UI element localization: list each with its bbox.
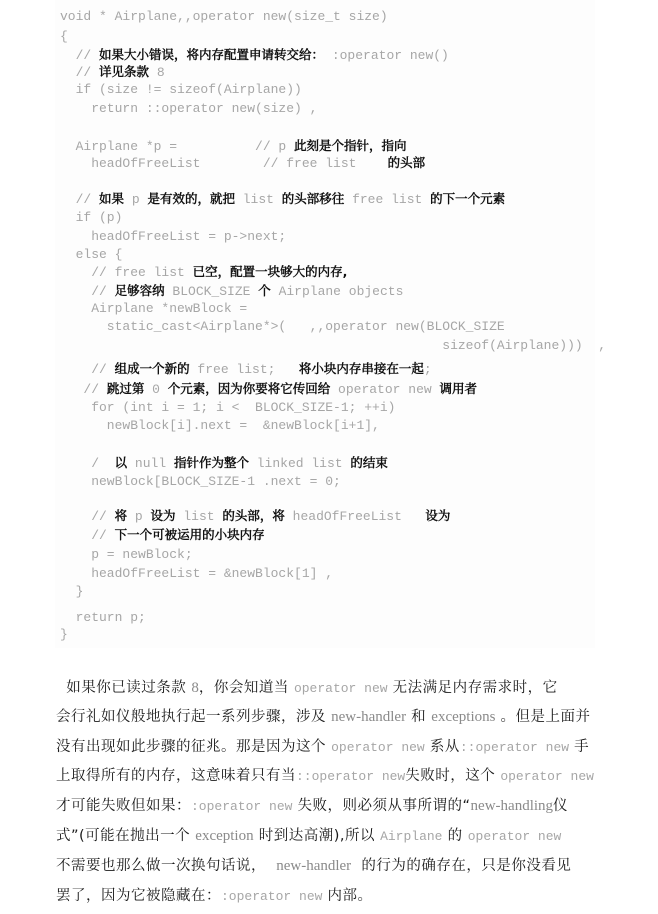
paragraph-line: 上取得所有的内存，这意味着只有当::operator new失败时，这个 ope…: [56, 766, 594, 786]
paragraph-text: 不需要也那么做一次换句话说，: [56, 858, 276, 874]
paragraph-text: 如果你已读过条款: [56, 680, 191, 696]
code-comment-text: 详见条款: [99, 64, 149, 79]
code-line: return p;: [60, 609, 146, 627]
code-text: 0: [144, 382, 167, 397]
code-text: /: [60, 456, 115, 471]
code-text: {: [60, 29, 68, 44]
code-line: // 组成一个新的 free list; 将小块内存串接在一起;: [60, 360, 432, 378]
code-comment-text: 的头部，将: [222, 508, 285, 523]
paragraph-text: 手: [569, 739, 589, 755]
code-comment-text: 将小块内存串接在一起: [299, 361, 424, 376]
paragraph-text: ，你会知道当: [199, 680, 294, 696]
code-line: if (p): [60, 209, 122, 227]
code-comment-text: 是有效的，就把: [147, 191, 235, 206]
code-text: BLOCK_SIZE: [165, 284, 259, 299]
code-comment-text: 设为: [425, 508, 450, 523]
code-line: // 下一个可被运用的小块内存: [60, 526, 265, 544]
code-text: if (size != sizeof(Airplane)): [60, 82, 302, 97]
code-line: // 跳过第 0 个元素，因为你要将它传回给 operator new 调用者: [60, 380, 477, 398]
code-line: // 将 p 设为 list 的头部，将 headOfFreeList 设为: [60, 507, 450, 525]
code-line: / 以 null 指针作为整个 linked list 的结束: [60, 454, 388, 472]
code-line: sizeof(Airplane))) ,: [60, 337, 606, 355]
code-comment-text: 的结束: [350, 455, 388, 470]
inline-code-term: exceptions: [431, 709, 495, 725]
code-comment-text: 将: [115, 508, 128, 523]
code-comment-text: 如果: [99, 191, 124, 206]
code-text: null: [127, 456, 174, 471]
code-line: for (int i = 1; i < BLOCK_SIZE-1; ++i): [60, 399, 395, 417]
inline-code-term: Airplane: [380, 829, 442, 844]
code-line: headOfFreeList = &newBlock[1] ,: [60, 565, 333, 583]
code-line: Airplane *p = // p 此刻是个指针，指向: [60, 137, 407, 155]
code-line: Airplane *newBlock =: [60, 300, 247, 318]
inline-code-term: :operator new: [221, 889, 322, 904]
code-text: headOfFreeList: [285, 509, 425, 524]
code-line: {: [60, 28, 68, 46]
code-comment-text: 的下一个元素: [430, 191, 505, 206]
code-comment-text: 足够容纳: [115, 283, 165, 298]
paragraph-line: 罢了，因为它被隐藏在：:operator new 内部。: [56, 886, 373, 906]
code-text: void * Airplane,,operator new(size_t siz…: [60, 9, 388, 24]
code-comment-text: 设为: [151, 508, 176, 523]
inline-code-term: ::operator new: [296, 769, 405, 784]
code-line: // 如果 p 是有效的，就把 list 的头部移往 free list 的下一…: [60, 190, 505, 208]
code-text: Airplane *p = // p: [60, 139, 294, 154]
code-text: //: [60, 362, 115, 377]
code-text: :operator new(): [324, 48, 449, 63]
code-line: newBlock[BLOCK_SIZE-1 .next = 0;: [60, 473, 341, 491]
paragraph-line: 不需要也那么做一次换句话说， new-handler 的行为的确存在，只是你没看…: [56, 856, 571, 876]
code-line: // 足够容纳 BLOCK_SIZE 个 Airplane objects: [60, 282, 403, 300]
code-line: static_cast<Airplane*>( ,,operator new(B…: [60, 318, 505, 336]
code-comment-text: 以: [115, 455, 128, 470]
code-text: // free list: [60, 265, 193, 280]
code-comment-text: 下一个可被运用的小块内存: [115, 527, 265, 542]
paragraph-line: 没有出现如此步骤的征兆。那是因为这个 operator new 系从::oper…: [56, 737, 589, 757]
code-line: // free list 已空，配置一块够大的内存,: [60, 263, 347, 281]
code-line: else {: [60, 246, 122, 264]
paragraph-line: 如果你已读过条款 8，你会知道当 operator new 无法满足内存需求时，…: [56, 678, 558, 698]
code-text: list: [235, 192, 282, 207]
code-line: headOfFreeList = p->next;: [60, 228, 286, 246]
code-text: //: [60, 48, 99, 63]
code-comment-text: 如果大小错误，将内存配置申请转交给：: [99, 47, 324, 62]
code-text: ;: [424, 362, 432, 377]
paragraph-text: 的行为的确存在，只是你没看见: [351, 858, 571, 874]
code-text: return p;: [60, 610, 146, 625]
paragraph-text: 才可能失败但如果：: [56, 798, 191, 814]
code-comment-text: 跳过第: [107, 381, 145, 396]
code-text: headOfFreeList = &newBlock[1] ,: [60, 566, 333, 581]
code-text: p: [124, 192, 147, 207]
code-text: }: [60, 627, 68, 642]
paragraph-text: 没有出现如此步骤的征兆。那是因为这个: [56, 739, 331, 755]
code-line: newBlock[i].next = &newBlock[i+1],: [60, 417, 380, 435]
code-text: return ::operator new(size) ,: [60, 101, 317, 116]
code-text: //: [60, 65, 99, 80]
code-comment-text: 调用者: [439, 381, 477, 396]
paragraph-text: 罢了，因为它被隐藏在：: [56, 888, 221, 904]
code-text: else {: [60, 247, 122, 262]
code-text: Airplane objects: [271, 284, 404, 299]
code-line: // 如果大小错误，将内存配置申请转交给： :operator new(): [60, 46, 449, 64]
paragraph-text: 系从: [425, 739, 460, 755]
code-text: newBlock[i].next = &newBlock[i+1],: [60, 418, 380, 433]
code-comment-text: 的头部移往: [282, 191, 345, 206]
code-text: headOfFreeList // free list: [60, 156, 388, 171]
inline-code-term: :operator new: [191, 799, 292, 814]
code-line: // 详见条款 8: [60, 63, 165, 81]
code-text: free list: [344, 192, 430, 207]
code-comment-text: 此刻是个指针，指向: [294, 138, 407, 153]
code-comment-text: 的头部: [388, 155, 426, 170]
paragraph-text: 时到达高潮),所以: [254, 828, 380, 844]
code-text: linked list: [249, 456, 350, 471]
paragraph-text: 内部。: [322, 888, 372, 904]
inline-code-term: 8: [191, 680, 199, 696]
inline-code-term: operator new: [331, 740, 425, 755]
paragraph-text: 。但是上面并: [495, 709, 590, 725]
inline-code-term: operator new: [468, 829, 562, 844]
paragraph-line: 式”(可能在抛出一个 exception 时到达高潮),所以 Airplane …: [56, 826, 561, 846]
paragraph-text: 无法满足内存需求时，它: [388, 680, 558, 696]
code-comment-text: 个元素，因为你要将它传回给: [168, 381, 331, 396]
code-text: free list;: [190, 362, 299, 377]
paragraph-text: 的: [443, 828, 468, 844]
inline-code-term: new-handler: [276, 858, 351, 874]
code-text: list: [176, 509, 223, 524]
inline-code-term: new-handler: [331, 709, 406, 725]
code-text: newBlock[BLOCK_SIZE-1 .next = 0;: [60, 474, 341, 489]
code-line: headOfFreeList // free list 的头部: [60, 154, 425, 172]
paragraph-text: 失败时，这个: [405, 768, 500, 784]
code-comment-text: 个: [258, 283, 271, 298]
code-line: }: [60, 626, 68, 644]
code-text: //: [60, 509, 115, 524]
code-text: headOfFreeList = p->next;: [60, 229, 286, 244]
code-line: p = newBlock;: [60, 546, 193, 564]
code-text: p = newBlock;: [60, 547, 193, 562]
code-text: //: [60, 382, 107, 397]
code-text: 8: [149, 65, 165, 80]
paragraph-text: 上取得所有的内存，这意味着只有当: [56, 768, 296, 784]
paragraph-text: 式”(可能在抛出一个: [56, 828, 195, 844]
code-comment-text: 指针作为整个: [174, 455, 249, 470]
code-comment-text: 已空，配置一块够大的内存,: [193, 264, 348, 279]
code-text: static_cast<Airplane*>( ,,operator new(B…: [60, 319, 505, 334]
paragraph-line: 才可能失败但如果：:operator new 失败，则必须从事所谓的“new-h…: [56, 796, 568, 816]
code-line: void * Airplane,,operator new(size_t siz…: [60, 8, 388, 26]
inline-code-term: operator new: [500, 769, 594, 784]
paragraph-text: 仪: [553, 798, 568, 814]
code-text: //: [60, 192, 99, 207]
code-line: return ::operator new(size) ,: [60, 100, 317, 118]
inline-code-term: ::operator new: [460, 740, 569, 755]
code-text: //: [60, 528, 115, 543]
code-text: p: [127, 509, 150, 524]
inline-code-term: new-handling: [471, 798, 553, 814]
code-text: //: [60, 284, 115, 299]
paragraph-line: 会行礼如仪般地执行起一系列步骤，涉及 new-handler 和 excepti…: [56, 707, 591, 727]
code-line: }: [60, 583, 83, 601]
code-text: }: [60, 584, 83, 599]
code-text: Airplane *newBlock =: [60, 301, 247, 316]
inline-code-term: exception: [195, 828, 253, 844]
inline-code-term: operator new: [294, 681, 388, 696]
code-text: sizeof(Airplane))) ,: [60, 338, 606, 353]
paragraph-text: 和: [406, 709, 431, 725]
code-text: for (int i = 1; i < BLOCK_SIZE-1; ++i): [60, 400, 395, 415]
paragraph-text: 失败，则必须从事所谓的“: [292, 798, 470, 814]
paragraph-text: 会行礼如仪般地执行起一系列步骤，涉及: [56, 709, 331, 725]
code-comment-text: 组成一个新的: [115, 361, 190, 376]
code-text: operator new: [330, 382, 439, 397]
code-line: if (size != sizeof(Airplane)): [60, 81, 302, 99]
code-text: if (p): [60, 210, 122, 225]
